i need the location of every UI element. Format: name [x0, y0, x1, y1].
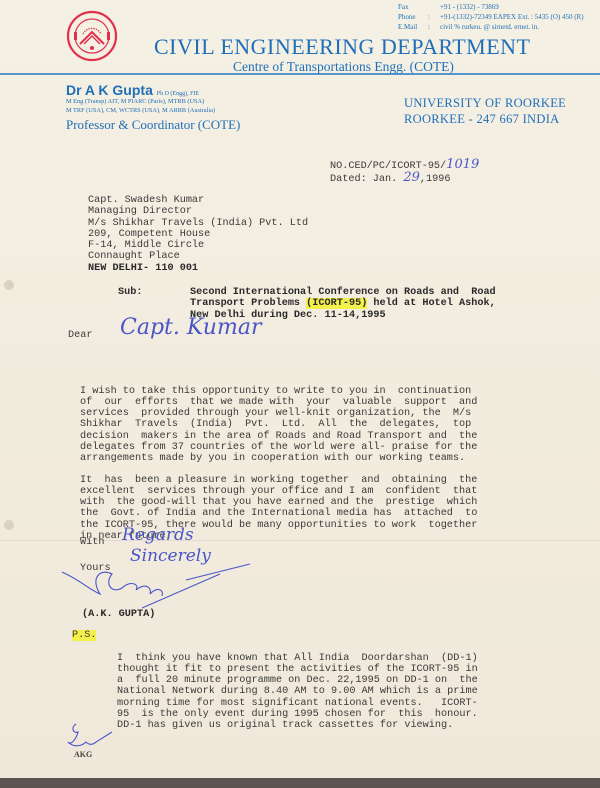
professor-role: Professor & Coordinator (COTE)	[66, 117, 240, 133]
closing-regards-handwritten: Regards	[122, 525, 194, 545]
email-label: E.Mail	[398, 22, 428, 32]
phone-value: +91-(1332)-72349 EAPEX Ext. : 5435 (O) 4…	[440, 13, 584, 21]
university-emblem-icon	[66, 10, 118, 62]
reference-handwritten: 1019	[446, 157, 479, 172]
subject-label: Sub:	[118, 287, 142, 298]
contact-block: Fax+91 - (1332) - 73869 Phone:+91-(1332)…	[398, 2, 584, 32]
professor-degrees: Ph D (Engg), FIE	[157, 91, 199, 97]
reference-number: NO.CED/PC/ICORT-95/	[330, 161, 446, 172]
scan-bottom-edge	[0, 778, 600, 788]
phone-label: Phone	[398, 12, 428, 22]
punch-hole	[4, 520, 14, 530]
letterhead-divider	[0, 73, 600, 75]
postscript-text: I think you have known that All India Do…	[117, 630, 478, 754]
salutation: Dear	[68, 330, 92, 341]
closing-with: With	[80, 537, 104, 548]
punch-hole	[4, 280, 14, 290]
postscript-label: P.S.	[72, 630, 96, 641]
initials-signature-icon	[66, 722, 116, 752]
reference-block: NO.CED/PC/ICORT-95/1019 Dated: Jan. 29,1…	[330, 159, 479, 186]
email-value: civil % rurkeu. @ sirnetd. ernet. in.	[440, 23, 539, 31]
fax-value: +91 - (1332) - 73869	[440, 3, 499, 11]
initials-label: AKG	[74, 750, 92, 759]
recipient-address: Capt. Swadesh KumarManaging DirectorM/s …	[88, 195, 308, 274]
qualifications: M Eng (Transp) AIT, M PIARC (Paris), MTR…	[66, 98, 215, 115]
signatory-name: (A.K. GUPTA)	[82, 609, 155, 620]
department-title: CIVIL ENGINEERING DEPARTMENT	[154, 34, 530, 60]
professor-name: Dr A K Gupta Ph D (Engg), FIE	[66, 82, 199, 98]
letter-page: Fax+91 - (1332) - 73869 Phone:+91-(1332)…	[0, 0, 600, 788]
fax-label: Fax	[398, 2, 428, 12]
icort-highlight: (ICORT-95)	[306, 298, 367, 309]
salutation-handwritten: Capt. Kumar	[120, 315, 261, 340]
university-address: UNIVERSITY OF ROORKEE ROORKEE - 247 667 …	[404, 95, 566, 127]
date-handwritten: 29	[403, 170, 420, 185]
